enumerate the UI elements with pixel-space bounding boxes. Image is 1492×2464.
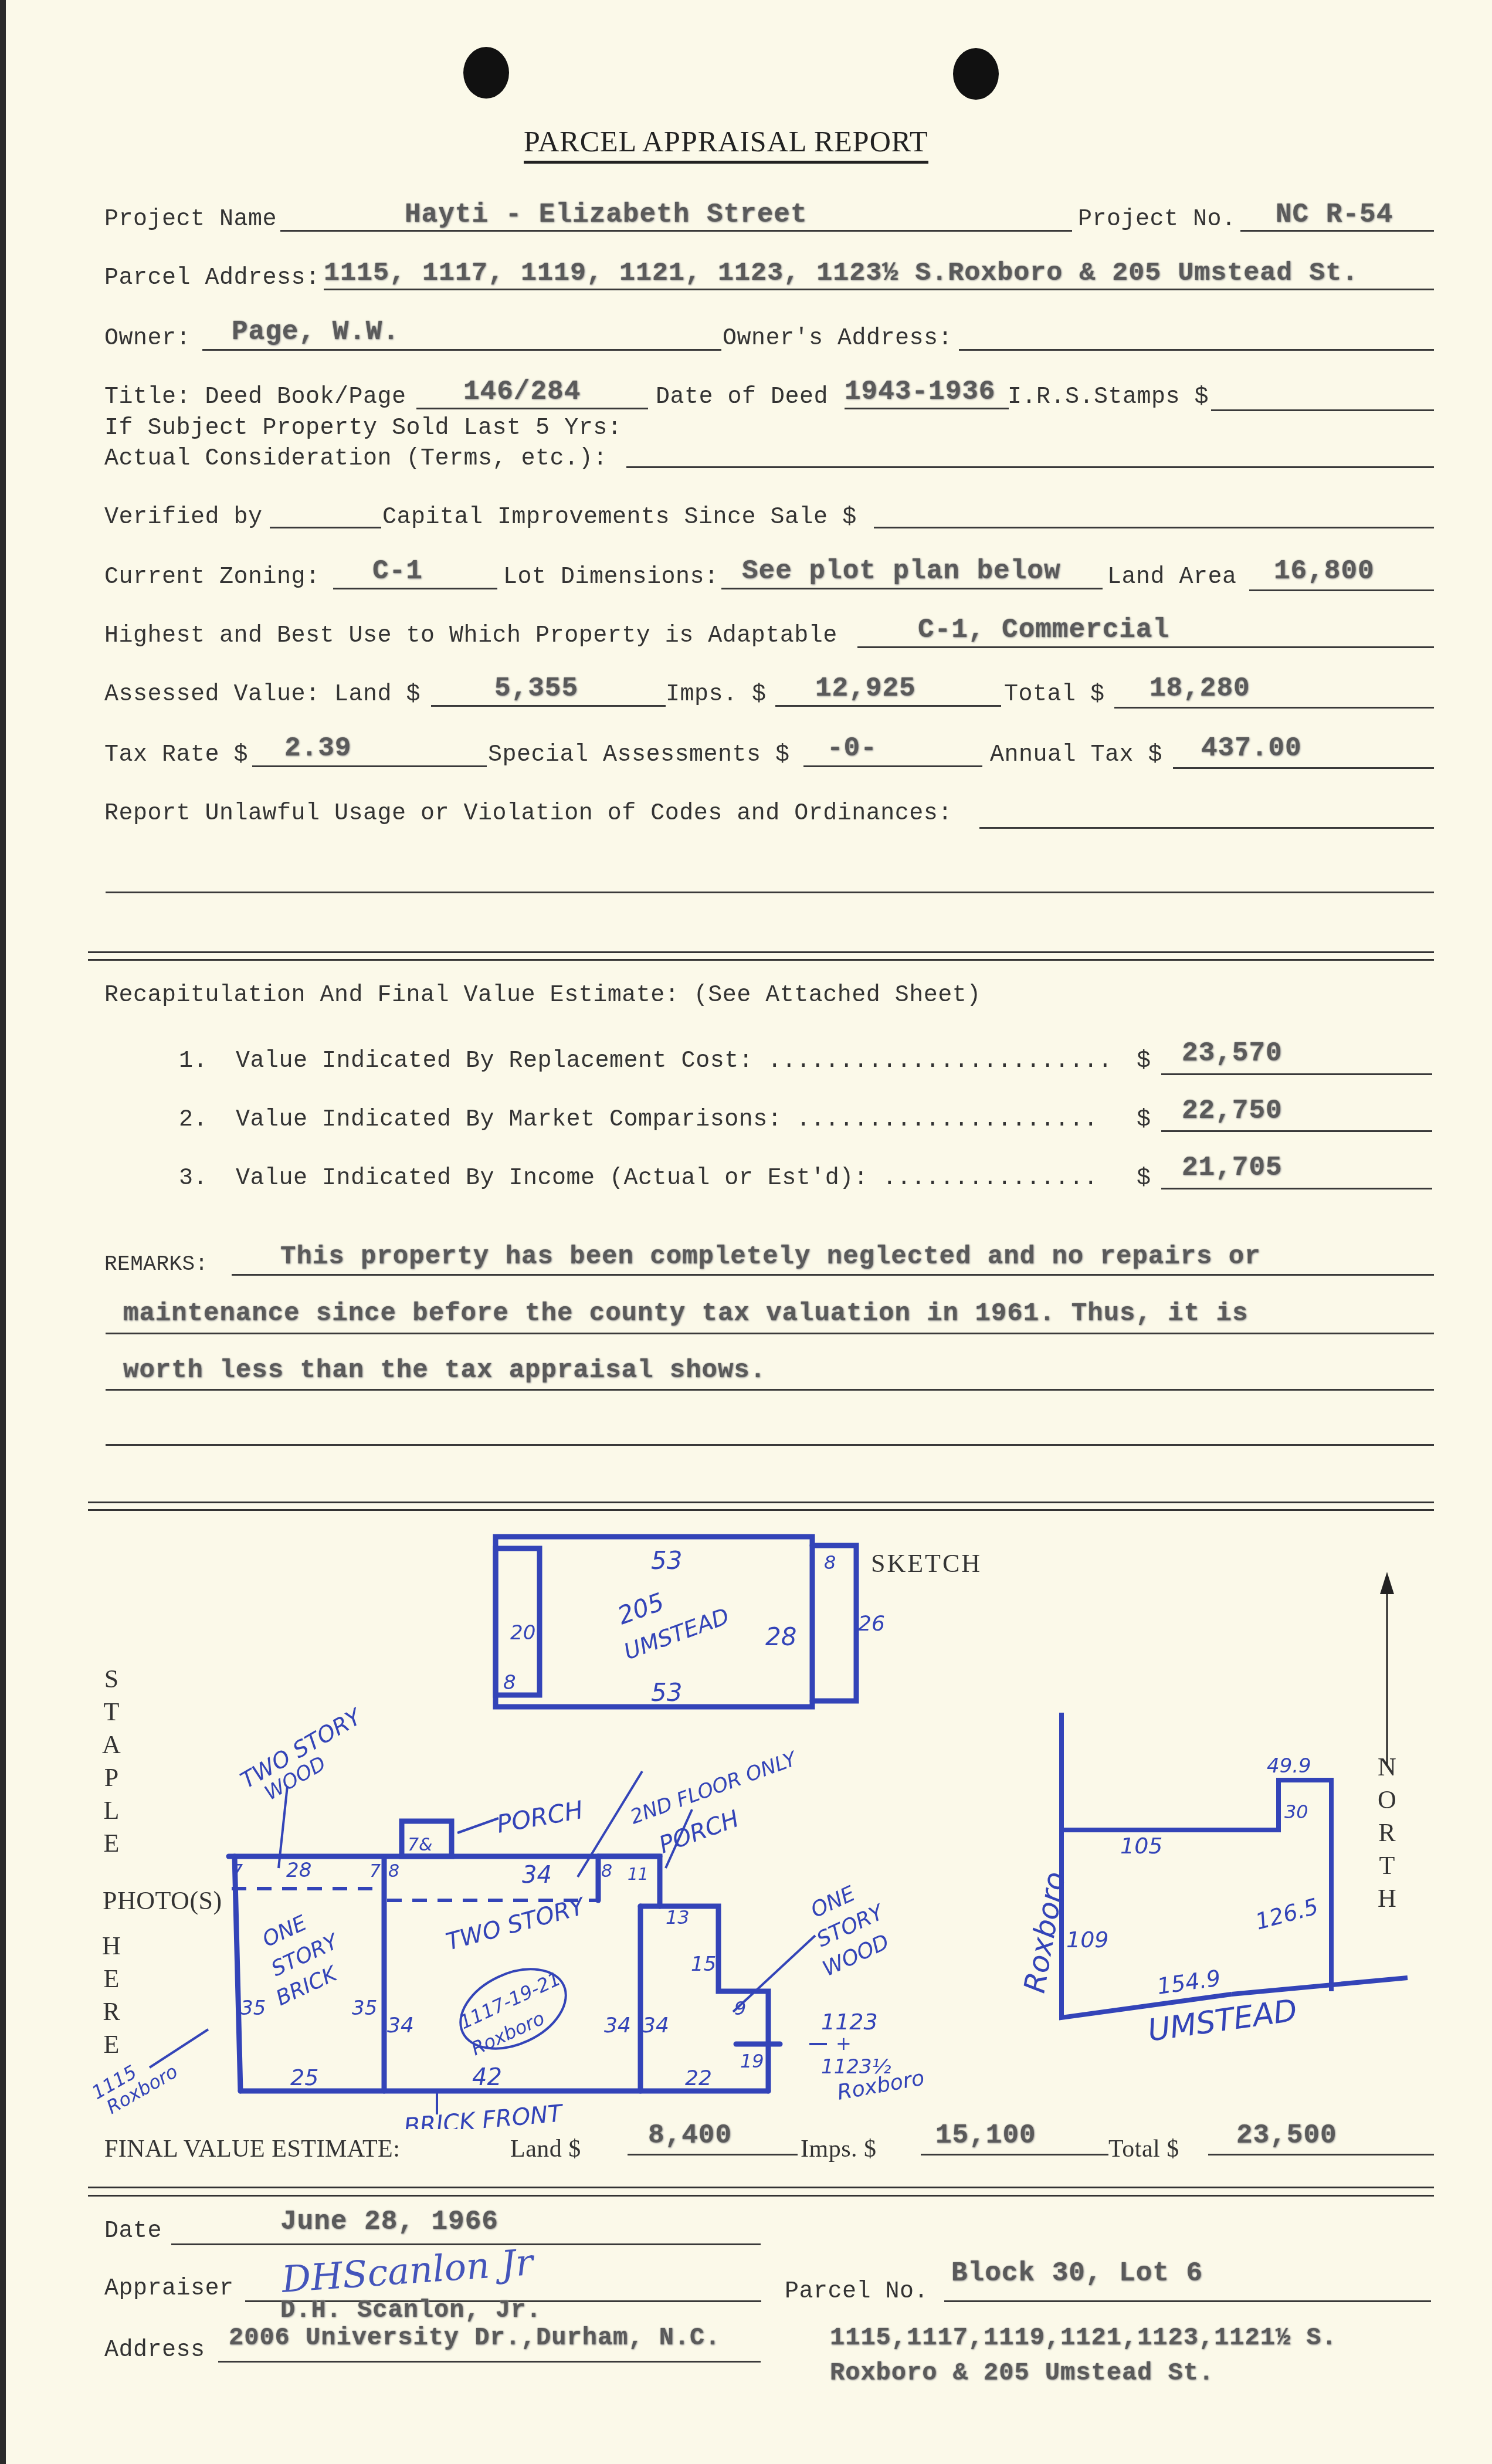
svg-text:34: 34 <box>522 1862 552 1889</box>
lot-dimensions-value[interactable]: See plot plan below <box>742 556 1061 587</box>
date-label: Date <box>104 2218 162 2245</box>
recap-label-2: Value Indicated By Market Comparisons: .… <box>236 1107 1098 1133</box>
unlawful-usage-label: Report Unlawful Usage or Violation of Co… <box>104 801 952 827</box>
recap-line-3 <box>1161 1188 1432 1189</box>
special-assessments-line <box>803 765 982 767</box>
svg-text:25: 25 <box>290 2065 318 2090</box>
recap-value-1[interactable]: 23,570 <box>1182 1038 1283 1069</box>
best-use-line <box>857 646 1434 648</box>
final-land-value[interactable]: 8,400 <box>648 2120 732 2151</box>
annual-tax-line <box>1173 767 1434 769</box>
final-total-value[interactable]: 23,500 <box>1236 2120 1337 2151</box>
final-imps-value[interactable]: 15,100 <box>935 2120 1036 2151</box>
svg-text:11: 11 <box>628 1865 649 1884</box>
svg-text:105: 105 <box>1120 1833 1163 1859</box>
annual-tax-label: Annual Tax $ <box>990 742 1162 768</box>
punch-hole-left <box>463 47 509 99</box>
svg-text:49.9: 49.9 <box>1267 1754 1311 1778</box>
svg-text:109: 109 <box>1066 1927 1109 1953</box>
svg-text:19: 19 <box>740 2050 764 2072</box>
recap-num-1: 1. <box>179 1048 208 1075</box>
deed-line <box>416 408 648 409</box>
verified-label: Verified by <box>104 504 263 531</box>
annual-tax-value[interactable]: 437.00 <box>1201 733 1302 764</box>
parcel-address-footer-1: 1115,1117,1119,1121,1123,1121½ S. <box>830 2324 1337 2352</box>
svg-text:35: 35 <box>352 1997 377 2020</box>
deed-label: Title: Deed Book/Page <box>104 384 406 411</box>
svg-text:34: 34 <box>642 2014 669 2038</box>
section-divider-3a <box>88 2187 1434 2188</box>
zoning-value[interactable]: C-1 <box>372 556 423 587</box>
svg-text:BRICK FRONT: BRICK FRONT <box>403 2100 565 2129</box>
svg-text:22: 22 <box>685 2066 712 2090</box>
section-divider-1a <box>88 951 1434 953</box>
verified-line <box>270 527 381 528</box>
svg-text:42: 42 <box>472 2064 502 2091</box>
deed-value[interactable]: 146/284 <box>463 377 581 407</box>
svg-text:8: 8 <box>503 1671 516 1694</box>
appraiser-signature: DHScanlon Jr <box>280 2241 534 2301</box>
consideration-line <box>626 466 1434 468</box>
remarks-line-1 <box>232 1274 1434 1276</box>
address-line <box>218 2361 761 2363</box>
remarks-text-2[interactable]: maintenance since before the county tax … <box>123 1299 1248 1328</box>
lot-dimensions-line <box>721 588 1103 589</box>
assessed-total-value[interactable]: 18,280 <box>1149 673 1250 704</box>
land-area-label: Land Area <box>1107 564 1237 591</box>
svg-text:53: 53 <box>651 1546 682 1575</box>
svg-text:205: 205 <box>614 1587 668 1630</box>
best-use-value[interactable]: C-1, Commercial <box>918 615 1169 645</box>
section-divider-3b <box>88 2195 1434 2197</box>
appraiser-label: Appraiser <box>104 2276 234 2302</box>
svg-text:PORCH: PORCH <box>494 1795 585 1839</box>
date-of-deed-label: Date of Deed <box>656 384 828 411</box>
svg-text:154.9: 154.9 <box>1155 1965 1222 1999</box>
assessed-land-line <box>431 705 666 707</box>
recap-value-3[interactable]: 21,705 <box>1182 1153 1283 1183</box>
svg-text:30: 30 <box>1284 1801 1308 1823</box>
section-divider-2a <box>88 1502 1434 1503</box>
svg-text:1123: 1123 <box>821 2009 878 2035</box>
unlawful-usage-line-2 <box>106 892 1434 893</box>
recap-label-1: Value Indicated By Replacement Cost: ...… <box>236 1048 1113 1075</box>
final-imps-label: Imps. $ <box>801 2135 877 2163</box>
recap-dollar-3: $ <box>1137 1165 1151 1192</box>
section-divider-2b <box>88 1509 1434 1511</box>
date-value[interactable]: June 28, 1966 <box>280 2207 499 2237</box>
svg-text:Roxboro: Roxboro <box>1018 1869 1072 1995</box>
sketch-drawing: 53 53 20 8 28 8 26 205 UMSTEAD TWO STORY… <box>0 1513 1492 2129</box>
section-divider-1b <box>88 959 1434 961</box>
assessed-imps-line <box>775 705 1001 707</box>
svg-text:+: + <box>836 2032 852 2055</box>
zoning-label: Current Zoning: <box>104 564 320 591</box>
owners-address-label: Owner's Address: <box>723 326 952 352</box>
svg-text:7: 7 <box>369 1861 381 1882</box>
svg-text:34: 34 <box>387 2014 414 2038</box>
parcel-address-line <box>324 289 1434 290</box>
lot-dimensions-label: Lot Dimensions: <box>503 564 719 591</box>
special-assessments-label: Special Assessments $ <box>488 742 790 768</box>
svg-text:53: 53 <box>651 1678 682 1707</box>
land-area-line <box>1249 589 1434 591</box>
assessed-total-label: Total $ <box>1004 682 1105 708</box>
parcel-no-value[interactable]: Block 30, Lot 6 <box>951 2258 1203 2289</box>
final-land-line <box>628 2154 798 2155</box>
svg-text:8: 8 <box>601 1861 612 1882</box>
owner-label: Owner: <box>104 326 191 352</box>
irs-stamps-label: I.R.S.Stamps $ <box>1008 384 1209 411</box>
svg-text:8: 8 <box>824 1551 836 1574</box>
assessed-land-value[interactable]: 5,355 <box>494 673 578 704</box>
svg-text:34: 34 <box>604 2014 631 2038</box>
svg-text:8: 8 <box>388 1861 399 1882</box>
recap-label-3: Value Indicated By Income (Actual or Est… <box>236 1165 1098 1192</box>
remarks-label: REMARKS: <box>104 1252 208 1276</box>
recap-line-2 <box>1161 1130 1432 1132</box>
consideration-label: Actual Consideration (Terms, etc.): <box>104 446 608 472</box>
special-assessments-value[interactable]: -0- <box>827 733 877 764</box>
remarks-line-2 <box>106 1333 1434 1334</box>
owners-address-line <box>959 349 1434 351</box>
svg-text:9: 9 <box>734 1997 746 2019</box>
svg-text:26: 26 <box>858 1612 885 1636</box>
remarks-line-3 <box>106 1389 1434 1391</box>
owner-value[interactable]: Page, W.W. <box>232 317 399 347</box>
recap-dollar-2: $ <box>1137 1107 1151 1133</box>
punch-hole-right <box>953 48 999 100</box>
assessed-imps-label: Imps. $ <box>666 682 767 708</box>
assessed-land-label: Assessed Value: Land $ <box>104 682 421 708</box>
parcel-address-label: Parcel Address: <box>104 265 320 292</box>
capital-improvements-label: Capital Improvements Since Sale $ <box>382 504 857 531</box>
final-total-line <box>1208 2154 1434 2155</box>
unlawful-usage-line <box>979 827 1434 829</box>
svg-text:13: 13 <box>666 1906 690 1929</box>
appraiser-name[interactable]: D.H. Scanlon, Jr. <box>280 2296 541 2324</box>
capital-improvements-line <box>874 527 1434 528</box>
assessed-total-line <box>1114 707 1434 709</box>
project-name-line <box>280 230 1072 232</box>
remarks-text-1[interactable]: This property has been completely neglec… <box>280 1242 1261 1272</box>
svg-text:126.5: 126.5 <box>1253 1893 1321 1935</box>
report-title: PARCEL APPRAISAL REPORT <box>524 124 928 164</box>
svg-text:15: 15 <box>691 1953 716 1976</box>
project-name-label: Project Name <box>104 206 277 233</box>
recap-num-2: 2. <box>179 1107 208 1133</box>
tax-rate-line <box>252 765 487 767</box>
recap-dollar-1: $ <box>1137 1048 1151 1075</box>
parcel-no-label: Parcel No. <box>785 2279 928 2305</box>
parcel-address-footer-2: Roxboro & 205 Umstead St. <box>830 2359 1214 2387</box>
owner-line <box>202 349 721 351</box>
recap-num-3: 3. <box>179 1165 208 1192</box>
parcel-no-line <box>944 2300 1431 2302</box>
tax-rate-value[interactable]: 2.39 <box>284 733 351 764</box>
remarks-text-3[interactable]: worth less than the tax appraisal shows. <box>123 1356 766 1385</box>
recap-heading: Recapitulation And Final Value Estimate:… <box>104 982 981 1009</box>
date-of-deed-value[interactable]: 1943-1936 <box>845 377 995 407</box>
land-area-value[interactable]: 16,800 <box>1274 556 1375 587</box>
tax-rate-label: Tax Rate $ <box>104 742 248 768</box>
address-value[interactable]: 2006 University Dr.,Durham, N.C. <box>229 2324 721 2352</box>
best-use-label: Highest and Best Use to Which Property i… <box>104 623 837 649</box>
irs-stamps-line <box>1211 409 1434 411</box>
address-label: Address <box>104 2337 205 2364</box>
svg-text:35: 35 <box>240 1997 266 2020</box>
remarks-line-4 <box>106 1444 1434 1446</box>
svg-text:7: 7 <box>232 1861 243 1882</box>
svg-text:28: 28 <box>765 1622 796 1651</box>
svg-text:28: 28 <box>286 1859 311 1882</box>
final-value-label: FINAL VALUE ESTIMATE: <box>104 2135 400 2163</box>
project-no-value[interactable]: NC R-54 <box>1276 199 1393 230</box>
project-name-value[interactable]: Hayti - Elizabeth Street <box>405 199 808 230</box>
final-land-label: Land $ <box>510 2135 581 2163</box>
recap-value-2[interactable]: 22,750 <box>1182 1096 1283 1126</box>
parcel-address-value[interactable]: 1115, 1117, 1119, 1121, 1123, 1123½ S.Ro… <box>324 258 1358 288</box>
svg-text:20: 20 <box>510 1621 535 1645</box>
final-imps-line <box>921 2154 1108 2155</box>
recap-line-1 <box>1161 1073 1432 1075</box>
sold-last-label: If Subject Property Sold Last 5 Yrs: <box>104 415 622 442</box>
assessed-imps-value[interactable]: 12,925 <box>815 673 916 704</box>
final-total-label: Total $ <box>1108 2135 1179 2163</box>
project-no-line <box>1240 230 1434 232</box>
date-of-deed-line <box>845 408 1009 409</box>
zoning-line <box>333 588 497 589</box>
project-no-label: Project No. <box>1078 206 1236 233</box>
svg-text:7&: 7& <box>408 1835 432 1855</box>
